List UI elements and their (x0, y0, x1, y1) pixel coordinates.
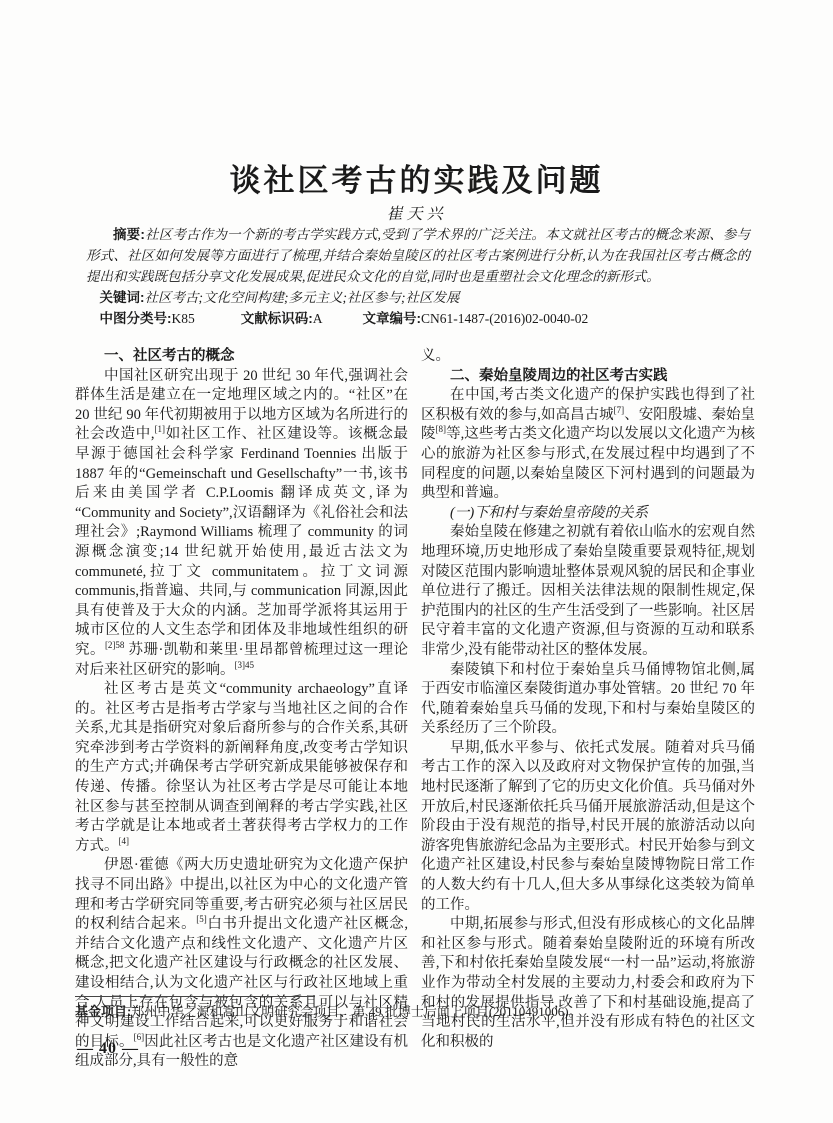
page-number: — 40 — (77, 1040, 139, 1058)
fund-text: 郑州中华之源和嵩山文明研究会项目、第 49 批博士后面上项目(201104910… (131, 1004, 581, 1019)
section-heading: 二、秦始皇陵周边的社区考古实践 (421, 367, 755, 387)
author-name: 崔天兴 (0, 201, 833, 224)
fund-label: 基金项目: (75, 1004, 131, 1019)
doc-code-label: 文献标识码: (241, 311, 313, 326)
article-id-value: CN61-1487-(2016)02-0040-02 (421, 311, 588, 326)
journal-page: 谈社区考古的实践及问题 崔天兴 摘要:社区考古作为一个新的考古学实践方式,受到了… (0, 0, 833, 1123)
section-heading: 一、社区考古的概念 (75, 347, 408, 367)
body-paragraph: 秦陵镇下和村位于秦始皇兵马俑博物馆北侧,属于西安市临潼区秦陵街道办事处管辖。20… (421, 661, 755, 739)
body-paragraph: 早期,低水平参与、依托式发展。随着对兵马俑考古工作的深入以及政府对文物保护宣传的… (421, 739, 755, 915)
page-title: 谈社区考古的实践及问题 (0, 155, 833, 200)
clc-value: K85 (172, 311, 195, 326)
footnote-divider (75, 996, 315, 997)
body-paragraph: 秦始皇陵在修建之初就有着依山临水的宏观自然地理环境,历史地形成了秦始皇陵重要景观… (421, 523, 755, 660)
keywords-label: 关键词: (100, 290, 145, 305)
subsection-heading: (一)下和村与秦始皇帝陵的关系 (421, 504, 755, 524)
article-id-label: 文章编号: (363, 311, 422, 326)
keywords-text: 社区考古;文化空间构建;多元主义;社区参与;社区发展 (145, 290, 460, 305)
classification-line: 中图分类号:K85文献标识码:A文章编号:CN61-1487-(2016)02-… (86, 308, 750, 329)
body-paragraph: 社区考古是英文“community archaeology”直译的。社区考古是指… (75, 680, 408, 856)
fund-footnote: 基金项目:郑州中华之源和嵩山文明研究会项目、第 49 批博士后面上项目(2011… (75, 996, 757, 1022)
abstract-text: 社区考古作为一个新的考古学实践方式,受到了学术界的广泛关注。本文就社区考古的概念… (86, 227, 750, 284)
body-paragraph: 在中国,考古类文化遗产的保护实践也得到了社区积极有效的参与,如高昌古城[7]、安… (421, 386, 755, 504)
abstract: 摘要:社区考古作为一个新的考古学实践方式,受到了学术界的广泛关注。本文就社区考古… (86, 224, 750, 287)
left-column: 一、社区考古的概念中国社区研究出现于 20 世纪 30 年代,强调社会群体生活是… (75, 347, 408, 1072)
abstract-label: 摘要: (113, 227, 145, 242)
keywords-line: 关键词:社区考古;文化空间构建;多元主义;社区参与;社区发展 (86, 287, 750, 308)
paragraph-continuation: 义。 (421, 347, 755, 367)
body-paragraph: 中期,拓展参与形式,但没有形成核心的文化品牌和社区参与形式。随着秦始皇陵附近的环… (421, 915, 755, 1052)
article-meta: 摘要:社区考古作为一个新的考古学实践方式,受到了学术界的广泛关注。本文就社区考古… (86, 224, 750, 329)
doc-code-value: A (313, 311, 323, 326)
right-column: 义。二、秦始皇陵周边的社区考古实践在中国,考古类文化遗产的保护实践也得到了社区积… (421, 347, 755, 1052)
clc-label: 中图分类号: (100, 311, 172, 326)
body-paragraph: 中国社区研究出现于 20 世纪 30 年代,强调社会群体生活是建立在一定地理区域… (75, 367, 408, 681)
